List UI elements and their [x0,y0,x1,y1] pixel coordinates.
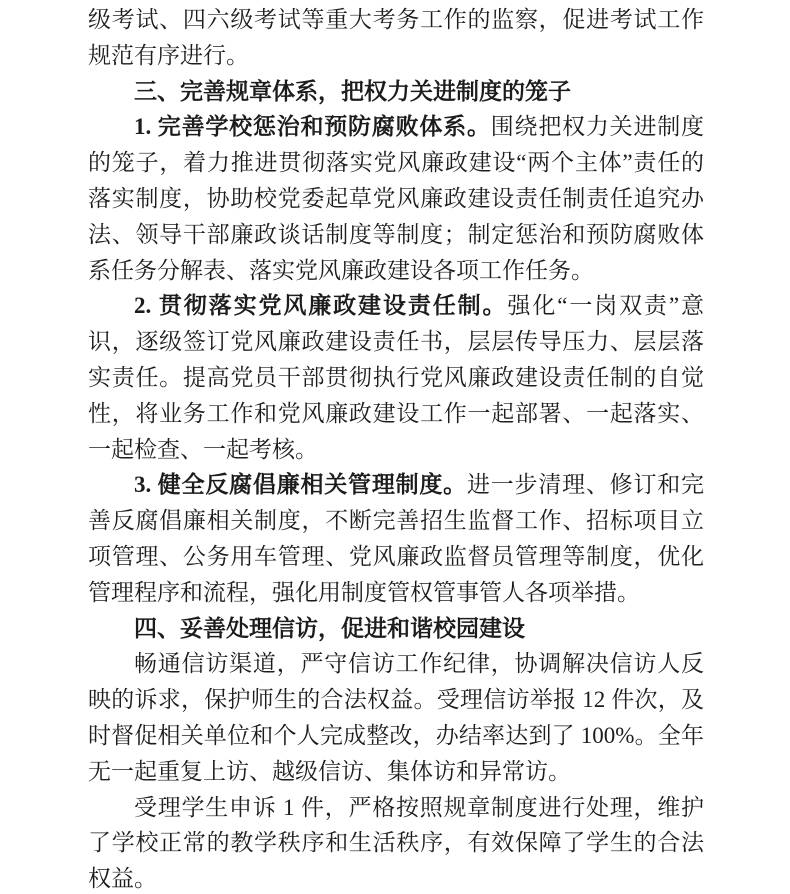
paragraph-lead: 3. 健全反腐倡廉相关管理制度。 [134,472,467,497]
paragraph-text: 强化“一岗双责”意识，逐级签订党风廉政建设责任书，层层传导压力、层层落实责任。提… [88,293,704,461]
section-heading-4: 四、妥善处理信访，促进和谐校园建设 [88,611,704,647]
paragraph: 级考试、四六级考试等重大考务工作的监察，促进考试工作规范有序进行。 [88,2,704,74]
paragraph-text: 级考试、四六级考试等重大考务工作的监察，促进考试工作规范有序进行。 [88,7,704,68]
paragraph-text: 围绕把权力关进制度的笼子，着力推进贯彻落实党风廉政建设“两个主体”责任的落实制度… [88,114,704,282]
paragraph-lead: 1. 完善学校惩治和预防腐败体系。 [134,114,491,139]
paragraph: 3. 健全反腐倡廉相关管理制度。进一步清理、修订和完善反腐倡廉相关制度，不断完善… [88,467,704,610]
paragraph-text: 受理学生申诉 1 件，严格按照规章制度进行处理，维护了学校正常的教学秩序和生活秩… [88,795,704,892]
paragraph: 受理学生申诉 1 件，严格按照规章制度进行处理，维护了学校正常的教学秩序和生活秩… [88,790,704,894]
paragraph: 1. 完善学校惩治和预防腐败体系。围绕把权力关进制度的笼子，着力推进贯彻落实党风… [88,109,704,288]
paragraph-lead: 2. 贯彻落实党风廉政建设责任制。 [134,293,507,318]
paragraph: 畅通信访渠道，严守信访工作纪律，协调解决信访人反映的诉求，保护师生的合法权益。受… [88,646,704,789]
paragraph-text: 畅通信访渠道，严守信访工作纪律，协调解决信访人反映的诉求，保护师生的合法权益。受… [88,651,704,783]
paragraph: 2. 贯彻落实党风廉政建设责任制。强化“一岗双责”意识，逐级签订党风廉政建设责任… [88,288,704,467]
section-heading-3: 三、完善规章体系，把权力关进制度的笼子 [88,74,704,110]
document-page: 级考试、四六级考试等重大考务工作的监察，促进考试工作规范有序进行。 三、完善规章… [0,0,790,894]
